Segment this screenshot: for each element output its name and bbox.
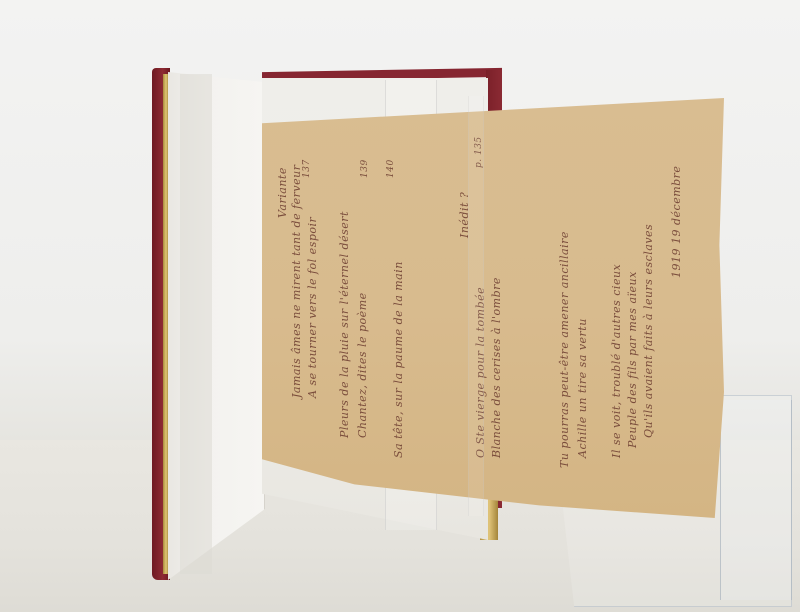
manuscript-line: Blanche des cerises à l'ombre	[490, 277, 503, 458]
manuscript-line: Tu pourras peut-être amener ancillaire	[558, 231, 571, 468]
manuscript-line: Il se voit, troublé d'autres cieux	[610, 264, 623, 458]
manuscript-line: Pleurs de la pluie sur l'éternel désert	[338, 211, 351, 438]
page-number: 137	[302, 159, 312, 178]
mylar-strip-right	[468, 96, 484, 516]
manuscript-line: Jamais âmes ne mirent tant de ferveur	[290, 165, 303, 399]
acrylic-stand-edge	[720, 400, 792, 600]
page-number: 140	[386, 159, 396, 178]
manuscript-line: Variante	[276, 167, 289, 218]
manuscript-line: A se tourner vers le fol espoir	[306, 217, 319, 398]
page-number: 139	[360, 159, 370, 178]
manuscript-line: Achille un tire sa vertu	[576, 318, 589, 458]
mylar-sleeve-left	[180, 74, 212, 574]
manuscript-line: Qu'ils avaient faits à leurs esclaves	[642, 224, 655, 438]
manuscript-date: 1919 19 décembre	[670, 166, 683, 278]
manuscript-leaf: Variante Jamais âmes ne mirent tant de f…	[262, 98, 724, 518]
manuscript-line: Peuple des fils par mes aïeux	[626, 271, 639, 448]
manuscript-line: Sa tête, sur la paume de la main	[392, 261, 405, 458]
manuscript-line: Chantez, dites le poème	[356, 292, 369, 438]
